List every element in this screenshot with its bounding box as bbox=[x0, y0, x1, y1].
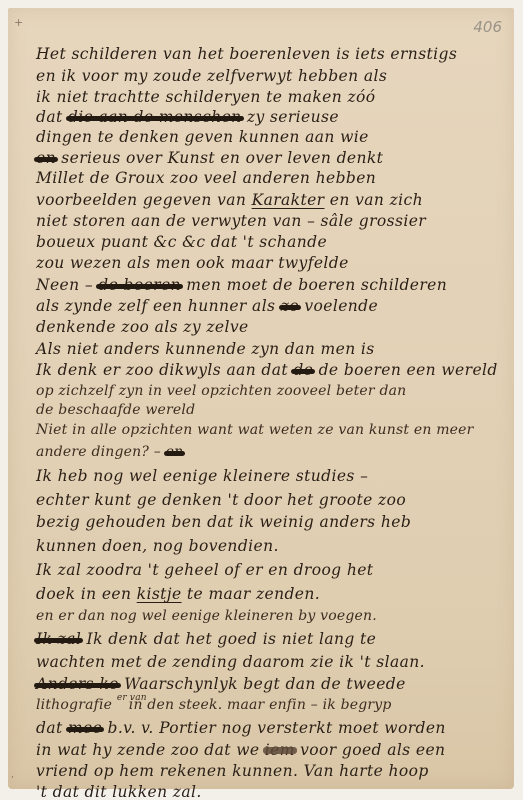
manuscript-line: de beschaafde wereld bbox=[36, 400, 195, 420]
manuscript-line: andere dingen? – en bbox=[36, 442, 183, 462]
manuscript-line: denkende zoo als zy zelve bbox=[36, 317, 249, 337]
struck-through-text: mee bbox=[68, 718, 102, 738]
manuscript-line: zou wezen als men ook maar twyfelde bbox=[36, 253, 349, 273]
manuscript-line: ik niet trachtte schilderyen te maken zó… bbox=[36, 87, 376, 107]
corner-pencil-mark: + bbox=[14, 16, 23, 29]
struck-through-text: de boeren bbox=[98, 275, 181, 295]
line-text: doek in een bbox=[36, 585, 137, 603]
manuscript-line: Als niet anders kunnende zyn dan men is bbox=[36, 339, 375, 359]
struck-through-text: Anders ko bbox=[36, 674, 119, 694]
manuscript-line: dingen te denken geven kunnen aan wie bbox=[36, 127, 369, 147]
line-text: serieus over Kunst en over leven denkt bbox=[56, 149, 383, 167]
struck-through-text: zo bbox=[281, 296, 299, 316]
struck-through-text: Ik zal bbox=[36, 629, 81, 649]
line-text: Ik denk er zoo dikwyls aan dat bbox=[36, 361, 293, 379]
line-text: lithografie bbox=[36, 697, 117, 713]
manuscript-line: Niet in alle opzichten want wat weten ze… bbox=[36, 420, 474, 440]
manuscript-line: doek in een kistje te maar zenden. bbox=[36, 584, 320, 604]
manuscript-line: 't dat dit lukken zal. bbox=[36, 782, 202, 800]
line-text: voorbeelden gegeven van bbox=[36, 191, 252, 209]
manuscript-line: Ik zal Ik denk dat het goed is niet lang… bbox=[36, 629, 376, 649]
struck-through-text: die aan de menschen bbox=[68, 107, 242, 127]
ink-smudge: iem bbox=[265, 740, 295, 760]
underlined-word: kistje bbox=[137, 585, 182, 603]
manuscript-line: en er dan nog wel eenige kleineren by vo… bbox=[36, 606, 377, 626]
manuscript-line: boueux puant &c &c dat 't schande bbox=[36, 232, 327, 252]
manuscript-line: in wat hy zende zoo dat we iem voor goed… bbox=[36, 740, 445, 760]
line-text: b.v. v. Portier nog versterkt moet worde… bbox=[102, 719, 446, 737]
manuscript-line: Het schilderen van het boerenleven is ie… bbox=[36, 44, 457, 64]
line-text: voelende bbox=[299, 297, 378, 315]
underlined-word: Karakter bbox=[252, 191, 325, 209]
line-text: Waarschynlyk begt dan de tweede bbox=[119, 675, 406, 693]
line-text: dat bbox=[36, 719, 68, 737]
manuscript-line: Ik denk er zoo dikwyls aan dat de de boe… bbox=[36, 360, 498, 380]
manuscript-line: als zynde zelf een hunner als zo voelend… bbox=[36, 296, 378, 316]
manuscript-line: Neen – de boeren men moet de boeren schi… bbox=[36, 275, 447, 295]
manuscript-line: op zichzelf zyn in veel opzichten zoovee… bbox=[36, 381, 406, 401]
line-text: dat bbox=[36, 108, 68, 126]
struck-through-text: en bbox=[166, 442, 184, 462]
line-text: in den steek. maar enfin – ik begryp bbox=[129, 697, 392, 713]
manuscript-line: niet storen aan de verwyten van – sâle g… bbox=[36, 211, 426, 231]
manuscript-line: Ik heb nog wel eenige kleinere studies – bbox=[36, 466, 368, 486]
line-text: te maar zenden. bbox=[182, 585, 321, 603]
line-text: zy serieuse bbox=[242, 108, 339, 126]
line-text: Ik denk dat het goed is niet lang te bbox=[81, 630, 376, 648]
line-text: voor goed als een bbox=[295, 741, 446, 759]
line-text: en van zich bbox=[324, 191, 423, 209]
manuscript-line: echter kunt ge denken 't door het groote… bbox=[36, 490, 406, 510]
manuscript-line: Millet de Groux zoo veel anderen hebben bbox=[36, 168, 376, 188]
manuscript-line: dat mee b.v. v. Portier nog versterkt mo… bbox=[36, 718, 446, 738]
line-text: in wat hy zende zoo dat we bbox=[36, 741, 265, 759]
page-number: 406 bbox=[473, 18, 502, 36]
manuscript-line: Ik zal zoodra 't geheel of er en droog h… bbox=[36, 560, 373, 580]
manuscript-line: dat die aan de menschen zy serieuse bbox=[36, 107, 339, 127]
interlinear-insertion: er van bbox=[117, 693, 147, 703]
manuscript-line: bezig gehouden ben dat ik weinig anders … bbox=[36, 512, 411, 532]
manuscript-line: en serieus over Kunst en over leven denk… bbox=[36, 148, 383, 168]
line-text: als zynde zelf een hunner als bbox=[36, 297, 281, 315]
manuscript-line: en ik voor my zoude zelfverwyt hebben al… bbox=[36, 66, 387, 86]
line-text: men moet de boeren schilderen bbox=[181, 276, 447, 294]
struck-through-text: en bbox=[36, 148, 56, 168]
manuscript-line: Anders ko Waarschynlyk begt dan de tweed… bbox=[36, 674, 406, 694]
manuscript-line: wachten met de zending daarom zie ik 't … bbox=[36, 652, 425, 672]
manuscript-line: vriend op hem rekenen kunnen. Van harte … bbox=[36, 761, 429, 781]
line-text: Neen – bbox=[36, 276, 98, 294]
bottom-corner-mark: · bbox=[11, 773, 14, 783]
manuscript-line: lithografie er vanin den steek. maar enf… bbox=[36, 695, 392, 717]
line-text: andere dingen? – bbox=[36, 444, 166, 460]
manuscript-line: voorbeelden gegeven van Karakter en van … bbox=[36, 190, 423, 210]
manuscript-line: kunnen doen, nog bovendien. bbox=[36, 536, 279, 556]
struck-through-text: de bbox=[293, 360, 313, 380]
line-text: de boeren een wereld bbox=[313, 361, 497, 379]
letter-page: + 406 · Het schilderen van het boerenlev… bbox=[8, 8, 514, 789]
